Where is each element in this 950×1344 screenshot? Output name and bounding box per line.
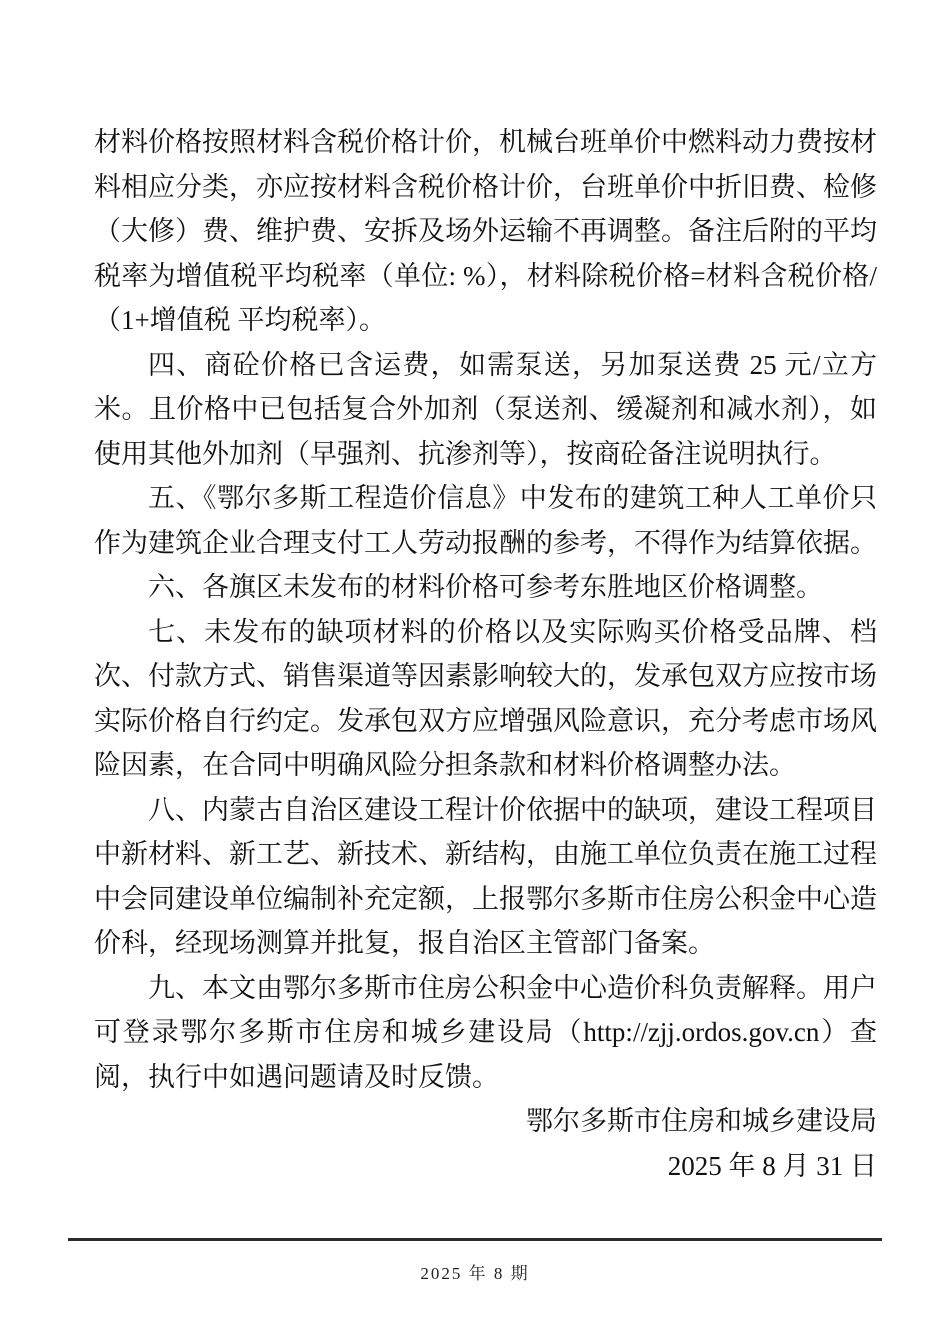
paragraph-item-7: 七、未发布的缺项材料的价格以及实际购买价格受品牌、档次、付款方式、销售渠道等因素… — [94, 610, 877, 788]
footer-issue-label: 2025 年 8 期 — [0, 1263, 950, 1285]
paragraph-item-5: 五、《鄂尔多斯工程造价信息》中发布的建筑工种人工单价只作为建筑企业合理支付工人劳… — [94, 476, 877, 565]
paragraph-continuation: 材料价格按照材料含税价格计价，机械台班单价中燃料动力费按材料相应分类，亦应按材料… — [94, 120, 877, 343]
footer-divider — [68, 1238, 882, 1241]
document-page: 材料价格按照材料含税价格计价，机械台班单价中燃料动力费按材料相应分类，亦应按材料… — [0, 0, 950, 1344]
signature-date: 2025 年 8 月 31 日 — [94, 1144, 877, 1189]
paragraph-item-9: 九、本文由鄂尔多斯市住房公积金中心造价科负责解释。用户可登录鄂尔多斯市住房和城乡… — [94, 966, 877, 1100]
paragraph-item-4: 四、商砼价格已含运费，如需泵送，另加泵送费 25 元/立方米。且价格中已包括复合… — [94, 343, 877, 477]
signature-issuer: 鄂尔多斯市住房和城乡建设局 — [94, 1099, 877, 1144]
paragraph-item-8: 八、内蒙古自治区建设工程计价依据中的缺项，建设工程项目中新材料、新工艺、新技术、… — [94, 788, 877, 966]
paragraph-item-6: 六、各旗区未发布的材料价格可参考东胜地区价格调整。 — [94, 565, 877, 610]
document-body: 材料价格按照材料含税价格计价，机械台班单价中燃料动力费按材料相应分类，亦应按材料… — [94, 120, 877, 1188]
